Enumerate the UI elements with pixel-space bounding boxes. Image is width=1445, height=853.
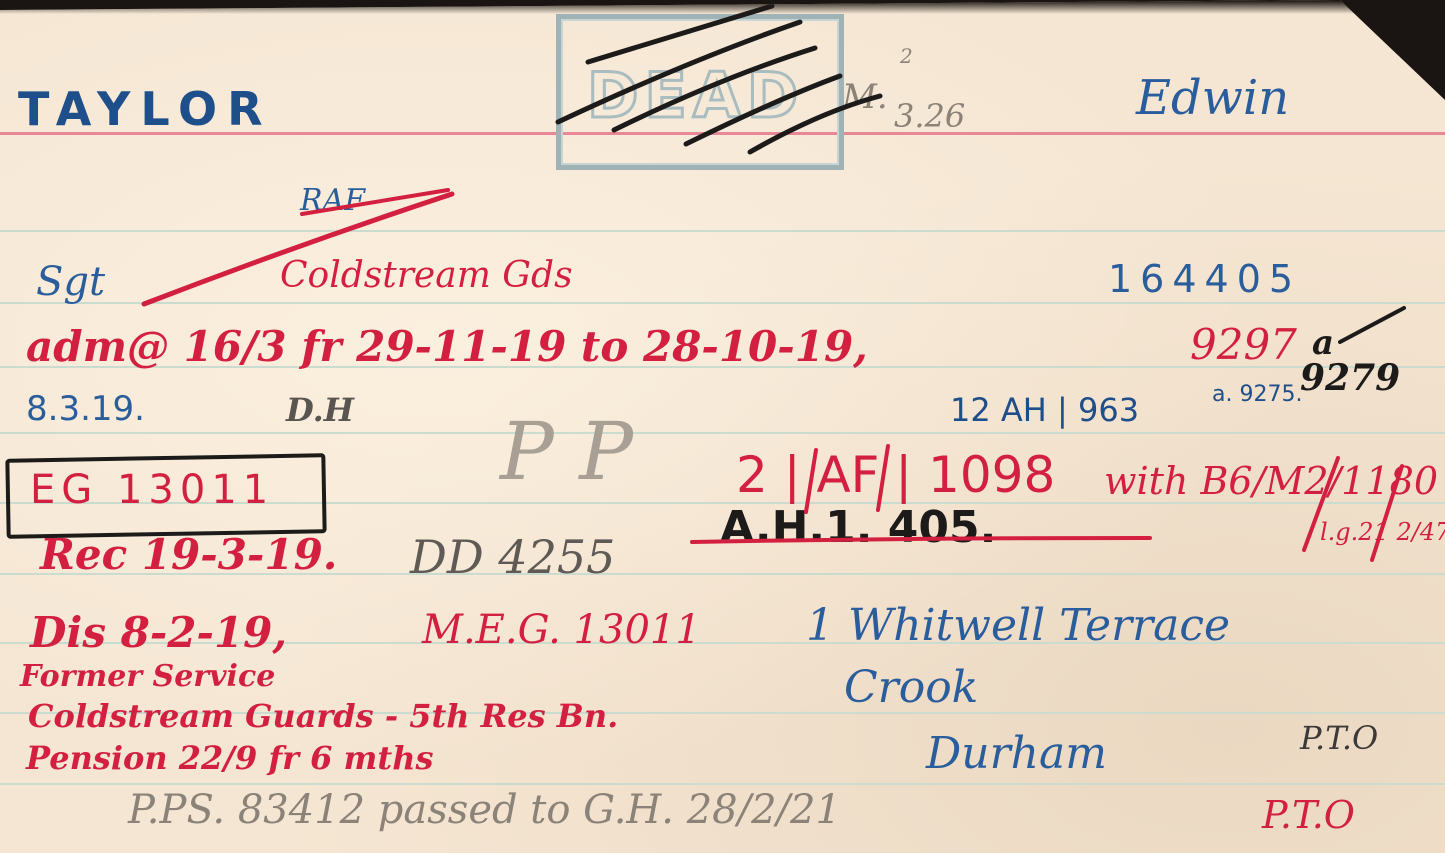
surname: TAYLOR (18, 86, 273, 132)
reference-blue: 12 AH | 963 (950, 394, 1139, 426)
stamp-date: 3.26 (894, 100, 965, 132)
forename: Edwin (1136, 74, 1289, 122)
reference-blue-suffix: a. 9275. (1212, 384, 1302, 406)
date-blue: 8.3.19. (26, 392, 145, 426)
reference-red-note: with B6/M2/1180 (1104, 462, 1438, 500)
meg-reference: M.E.G. 13011 (422, 610, 701, 650)
pto-red: P.T.O (1262, 796, 1355, 834)
record-number-black: 9279 (1300, 360, 1400, 396)
struck-line: A.H.1. 405. (720, 506, 996, 550)
ruled-line (0, 230, 1445, 232)
former-service-label: Former Service (20, 662, 275, 692)
reference-red: 2 | AF | 1098 (736, 450, 1055, 500)
dead-stamp: DEAD (556, 14, 844, 170)
scan-edge-shadow (0, 0, 1445, 14)
pto-black: P.T.O (1300, 722, 1378, 754)
admission-line: adm@ 16/3 fr 29-11-19 to 28-10-19, (26, 326, 868, 368)
pension-line: Pension 22/9 fr 6 mths (26, 742, 433, 774)
pencil-initials: P P (500, 412, 633, 492)
unit-corrected: RAF (300, 186, 365, 216)
address-line-2: Crook (844, 666, 978, 710)
rec-line: Rec 19-3-19. (40, 534, 337, 576)
stamp-initials: M. (842, 80, 888, 114)
record-card: DEAD TAYLOR Edwin M. 2 3.26 RAF Sgt Cold… (0, 0, 1445, 853)
address-line-1: 1 Whitwell Terrace (806, 604, 1230, 648)
record-suffix-black: a (1312, 326, 1334, 360)
discharge-line: Dis 8-2-19, (30, 612, 287, 654)
regiment-struck: Coldstream Gds (280, 258, 573, 294)
ruled-line (0, 783, 1445, 785)
stamp-fraction-top: 2 (900, 46, 913, 66)
reference-red-date: l.g.21 2/47 (1320, 520, 1445, 544)
address-line-3: Durham (926, 732, 1107, 776)
stamp-text: DEAD (587, 59, 804, 132)
former-service: Coldstream Guards - 5th Res Bn. (28, 700, 618, 732)
record-number-red: 9297 (1190, 324, 1297, 366)
service-number: 164405 (1108, 260, 1301, 298)
pencil-footer: P.PS. 83412 passed to G.H. 28/2/21 (128, 790, 841, 830)
pencil-mark: D.H (286, 394, 354, 426)
ruled-line (0, 432, 1445, 434)
ruled-line (0, 302, 1445, 304)
pencil-reference: DD 4255 (410, 534, 615, 580)
rank: Sgt (36, 262, 105, 302)
boxed-number: EG 13011 (30, 470, 274, 510)
